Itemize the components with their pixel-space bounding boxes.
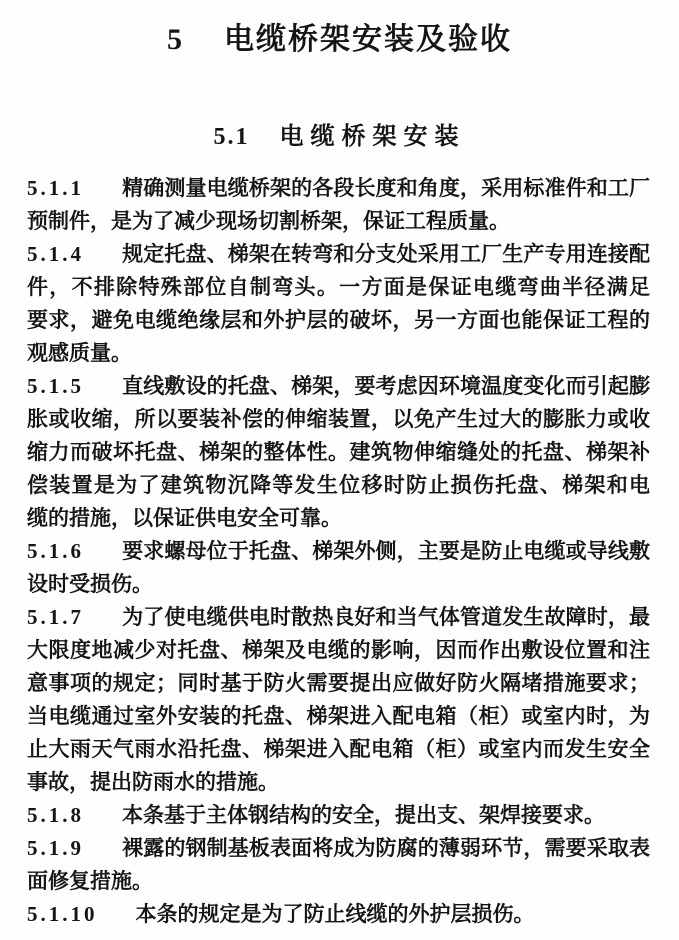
chapter-title: 5电缆桥架安装及验收 [0, 20, 679, 60]
line-text: 要求，避免电缆绝缘层和外护层的破坏，另一方面也能保证工程的 [27, 308, 650, 332]
line-text: 胀或收缩，所以要装补偿的伸缩装置，以免产生过大的膨胀力或收 [27, 407, 650, 431]
text-line: 要求，避免电缆绝缘层和外护层的破坏，另一方面也能保证工程的 [27, 304, 650, 337]
text-line: 设时受损伤。 [27, 568, 650, 601]
text-line: 止大雨天气雨水沿托盘、梯架进入配电箱（柜）或室内而发生安全 [27, 733, 650, 766]
clause-number: 5.1.1 [27, 176, 84, 200]
line-text: 止大雨天气雨水沿托盘、梯架进入配电箱（柜）或室内而发生安全 [27, 737, 650, 761]
clause-number: 5.1.7 [27, 605, 84, 629]
section-heading: 5.1电缆桥架安装 [0, 122, 679, 152]
clause-number: 5.1.8 [27, 803, 84, 827]
text-line: 缩力而破坏托盘、梯架的整体性。建筑物伸缩缝处的托盘、梯架补 [27, 436, 650, 469]
line-text: 预制件，是为了减少现场切割桥架，保证工程质量。 [27, 209, 510, 233]
section-number: 5.1 [214, 124, 250, 150]
line-text: 意事项的规定；同时基于防火需要提出应做好防火隔堵措施要求； [27, 671, 650, 695]
text-line: 5.1.8本条基于主体钢结构的安全，提出支、架焊接要求。 [27, 799, 650, 832]
text-line: 5.1.5直线敷设的托盘、梯架，要考虑因环境温度变化而引起膨 [27, 370, 650, 403]
line-text: 直线敷设的托盘、梯架，要考虑因环境温度变化而引起膨 [122, 374, 650, 398]
text-line: 当电缆通过室外安装的托盘、梯架进入配电箱（柜）或室内时，为防 [27, 700, 650, 733]
section-title-text: 电缆桥架安装 [280, 124, 466, 150]
clause-number: 5.1.9 [27, 836, 84, 860]
line-text: 件，不排除特殊部位自制弯头。一方面是保证电缆弯曲半径满足 [27, 275, 650, 299]
text-line: 件，不排除特殊部位自制弯头。一方面是保证电缆弯曲半径满足 [27, 271, 650, 304]
line-text: 事故，提出防雨水的措施。 [27, 770, 279, 794]
text-line: 5.1.4规定托盘、梯架在转弯和分支处采用工厂生产专用连接配 [27, 238, 650, 271]
line-text: 缩力而破坏托盘、梯架的整体性。建筑物伸缩缝处的托盘、梯架补 [27, 440, 650, 464]
line-text: 大限度地减少对托盘、梯架及电缆的影响，因而作出敷设位置和注 [27, 638, 650, 662]
line-text: 本条基于主体钢结构的安全，提出支、架焊接要求。 [122, 803, 605, 827]
line-text: 当电缆通过室外安装的托盘、梯架进入配电箱（柜）或室内时，为防 [27, 704, 650, 733]
clause-text-block: 5.1.1精确测量电缆桥架的各段长度和角度，采用标准件和工厂 预制件，是为了减少… [27, 172, 650, 931]
text-line: 胀或收缩，所以要装补偿的伸缩装置，以免产生过大的膨胀力或收 [27, 403, 650, 436]
line-text: 裸露的钢制基板表面将成为防腐的薄弱环节，需要采取表 [122, 836, 650, 860]
line-text: 观感质量。 [27, 341, 132, 365]
text-line: 5.1.1精确测量电缆桥架的各段长度和角度，采用标准件和工厂 [27, 172, 650, 205]
text-line: 5.1.10本条的规定是为了防止线缆的外护层损伤。 [27, 898, 650, 931]
text-line: 观感质量。 [27, 337, 650, 370]
text-line: 5.1.7为了使电缆供电时散热良好和当气体管道发生故障时，最 [27, 601, 650, 634]
text-line: 面修复措施。 [27, 865, 650, 898]
text-line: 预制件，是为了减少现场切割桥架，保证工程质量。 [27, 205, 650, 238]
text-line: 偿装置是为了建筑物沉降等发生位移时防止损伤托盘、梯架和电 [27, 469, 650, 502]
line-text: 缆的措施，以保证供电安全可靠。 [27, 506, 342, 530]
line-text: 规定托盘、梯架在转弯和分支处采用工厂生产专用连接配 [122, 242, 650, 266]
line-text: 本条的规定是为了防止线缆的外护层损伤。 [136, 902, 535, 926]
text-line: 缆的措施，以保证供电安全可靠。 [27, 502, 650, 535]
chapter-title-text: 电缆桥架安装及验收 [224, 23, 512, 56]
line-text: 为了使电缆供电时散热良好和当气体管道发生故障时，最 [122, 605, 650, 629]
text-line: 意事项的规定；同时基于防火需要提出应做好防火隔堵措施要求； [27, 667, 650, 700]
text-line: 5.1.6要求螺母位于托盘、梯架外侧，主要是防止电缆或导线敷 [27, 535, 650, 568]
clause-number: 5.1.6 [27, 539, 84, 563]
line-text: 设时受损伤。 [27, 572, 153, 596]
line-text: 偿装置是为了建筑物沉降等发生位移时防止损伤托盘、梯架和电 [27, 473, 650, 497]
document-page: 5电缆桥架安装及验收 5.1电缆桥架安装 5.1.1精确测量电缆桥架的各段长度和… [0, 0, 679, 940]
line-text: 精确测量电缆桥架的各段长度和角度，采用标准件和工厂 [122, 176, 650, 200]
clause-number: 5.1.5 [27, 374, 84, 398]
clause-number: 5.1.10 [27, 902, 98, 926]
text-line: 大限度地减少对托盘、梯架及电缆的影响，因而作出敷设位置和注 [27, 634, 650, 667]
text-line: 事故，提出防雨水的措施。 [27, 766, 650, 799]
text-line: 5.1.9裸露的钢制基板表面将成为防腐的薄弱环节，需要采取表 [27, 832, 650, 865]
line-text: 面修复措施。 [27, 869, 153, 893]
line-text: 要求螺母位于托盘、梯架外侧，主要是防止电缆或导线敷 [122, 539, 650, 563]
chapter-number: 5 [167, 23, 182, 56]
clause-number: 5.1.4 [27, 242, 84, 266]
